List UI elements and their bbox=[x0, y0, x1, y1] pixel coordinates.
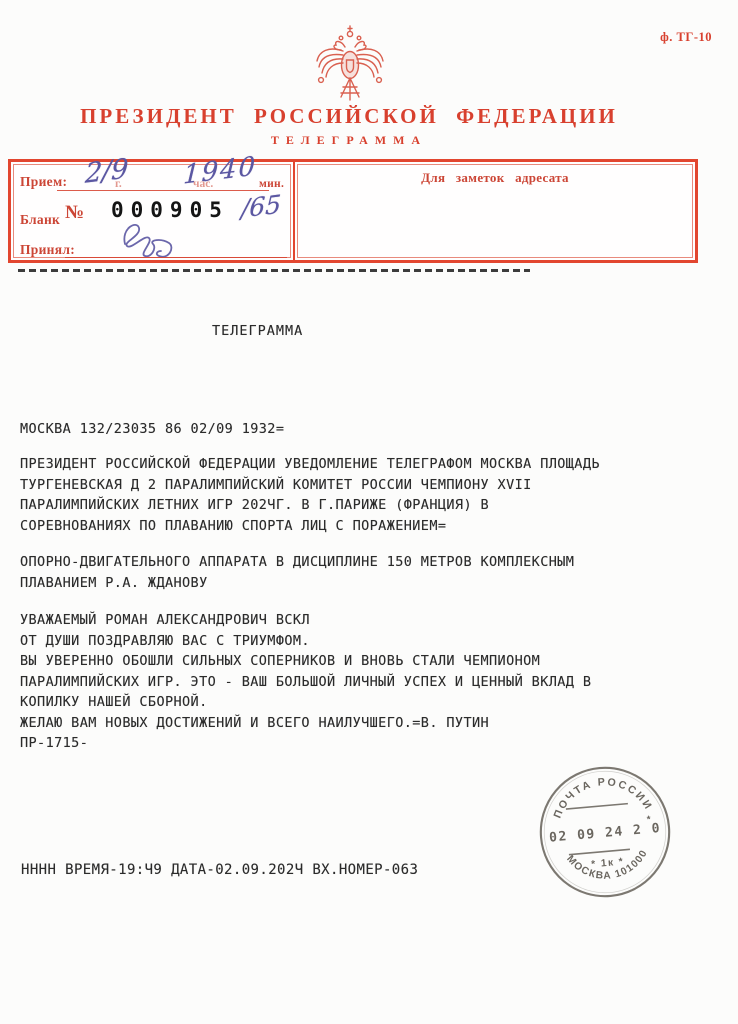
coat-of-arms-icon bbox=[310, 24, 390, 108]
telegram-routing-line: МОСКВА 132/23035 86 02/09 1932= bbox=[20, 419, 284, 440]
notes-box-label: Для заметок адресата bbox=[295, 170, 695, 186]
received-label: Прием: bbox=[20, 174, 67, 190]
handwritten-time: 1940 bbox=[182, 151, 257, 190]
postmark-lower-rule bbox=[569, 849, 630, 854]
intake-form-box: Прием: г. час. мин. 2/9 1940 Бланк № 000… bbox=[8, 159, 698, 263]
minute-suffix-label: мин. bbox=[259, 178, 284, 190]
telegram-message-paragraph: УВАЖАЕМЫЙ РОМАН АЛЕКСАНДРОВИЧ ВСКЛ ОТ ДУ… bbox=[20, 610, 700, 754]
telegram-discipline-paragraph: ОПОРНО-ДВИГАТЕЛЬНОГО АППАРАТА В ДИСЦИПЛИ… bbox=[20, 552, 680, 593]
telegram-address-paragraph: ПРЕЗИДЕНТ РОССИЙСКОЙ ФЕДЕРАЦИИ УВЕДОМЛЕН… bbox=[20, 454, 680, 536]
telegram-heading: ТЕЛЕГРАММА bbox=[212, 321, 303, 342]
postal-stamp: ПОЧТА РОССИИ * 02 09 24 2 0 * 1к * МОСКВ… bbox=[535, 762, 675, 902]
intake-right-cell: Для заметок адресата bbox=[295, 162, 695, 260]
received-underline bbox=[57, 190, 269, 191]
postmark-upper-rule bbox=[566, 804, 628, 809]
accepted-label: Принял: bbox=[20, 242, 75, 258]
form-code-label: ф. ТГ-10 bbox=[660, 30, 712, 45]
dashed-separator bbox=[18, 269, 530, 272]
handwritten-date: 2/9 bbox=[84, 153, 129, 190]
accepted-underline bbox=[65, 257, 287, 258]
letterhead-title: ПРЕЗИДЕНТ РОССИЙСКОЙ ФЕДЕРАЦИИ bbox=[0, 104, 698, 129]
handwritten-number: /65 bbox=[240, 189, 281, 223]
intake-left-cell: Прием: г. час. мин. 2/9 1940 Бланк № 000… bbox=[11, 162, 295, 260]
letterhead-subtitle: ТЕЛЕГРАММА bbox=[0, 133, 698, 148]
page-root: { "page": { "form_code": "ф. ТГ-10", "ba… bbox=[0, 0, 738, 1024]
postmark-top-arc-text: ПОЧТА РОССИИ bbox=[549, 772, 656, 821]
footer-service-line: НННН ВРЕМЯ-19:Ч9 ДАТА-02.09.202Ч ВХ.НОМЕ… bbox=[21, 860, 418, 881]
postmark-date-text: 02 09 24 2 0 bbox=[549, 821, 662, 846]
number-sign: № bbox=[65, 202, 84, 224]
blank-label: Бланк bbox=[20, 212, 60, 228]
